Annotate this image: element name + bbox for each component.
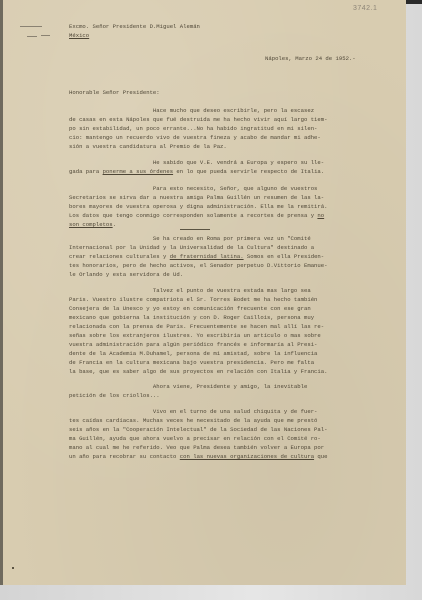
- archive-number: 3742.1: [353, 5, 377, 12]
- text-line: Consejera de la Unesco y yo estoy en com…: [69, 305, 311, 312]
- underlined-phrase: son completos: [69, 221, 113, 228]
- text-fragment: un año para recobrar su contacto: [69, 453, 180, 460]
- text-line: le Orlando y esta servidora de Ud.: [69, 271, 183, 278]
- text-line: relacionada con la prensa de Paris. Frec…: [69, 323, 324, 330]
- text-line: ma Guillén, ayuda que ahora vuelvo a pre…: [69, 435, 321, 442]
- paper-speck: [12, 567, 14, 569]
- text-line: señas sobre los extranjeros ilustres. Yo…: [69, 332, 321, 339]
- paragraph-1: Hace mucho que deseo escribirle, pero la…: [69, 106, 327, 151]
- margin-mark: [41, 35, 50, 36]
- addressee-block: Excmo. Señor Presidente D.Miguel Alemán …: [69, 22, 200, 40]
- paragraph-3: Para esto necesito, Señor, que alguno de…: [69, 184, 327, 229]
- text-line: de casas en esta Nápoles que fué destrui…: [69, 116, 327, 123]
- text-line: de Francia en la cultura mexicana bajo v…: [69, 359, 314, 366]
- paragraph-4: Se ha creado en Roma por primera vez un …: [69, 234, 327, 279]
- addressee-country: México: [69, 32, 89, 39]
- date-line: Nápoles, Marzo 24 de 1952.-: [265, 54, 356, 63]
- text-fragment: que: [314, 453, 327, 460]
- text-line: Se ha creado en Roma por primera vez un …: [69, 235, 311, 242]
- text-line: Secretarios se sirva dar a nuestra amiga…: [69, 194, 324, 201]
- text-line: petición de los criollos...: [69, 392, 160, 399]
- text-line: seis años en la "Cooperación Intelectual…: [69, 426, 327, 433]
- text-line: Vivo en el turno de una salud chiquita y…: [69, 408, 317, 415]
- text-line: bores mayores de vuestra operosa y digna…: [69, 203, 327, 210]
- text-line: Paris. Vuestro ilustre compatriota el Sr…: [69, 296, 317, 303]
- paragraph-2: He sabido que V.E. vendrá a Europa y esp…: [69, 158, 324, 176]
- underlined-phrase: con las nuevas organizaciones de cultura: [180, 453, 314, 460]
- text-line: la base, que es saber algo de sus proyec…: [69, 368, 327, 375]
- text-line: cio: mantengo un recuerdo vivo de vuestr…: [69, 134, 321, 141]
- letter-page: 3742.1 Excmo. Señor Presidente D.Miguel …: [0, 0, 406, 585]
- paragraph-6: Ahora viene, Presidente y amigo, la inev…: [69, 382, 307, 400]
- text-line: po sin estabilidad, un poco errante...No…: [69, 125, 317, 132]
- text-line: mexicano que gobierna la institución y c…: [69, 314, 314, 321]
- text-line: Hace mucho que deseo escribirle, pero la…: [69, 107, 314, 114]
- text-line: Los datos que tengo conmigo corresponden…: [69, 212, 317, 219]
- paragraph-7: Vivo en el turno de una salud chiquita y…: [69, 407, 328, 461]
- text-fragment: Somos en ella Presiden-: [244, 253, 325, 260]
- text-fragment: crear relaciones culturales y: [69, 253, 170, 260]
- text-fragment: gada para: [69, 168, 103, 175]
- salutation: Honorable Señor Presidente:: [69, 88, 160, 97]
- margin-mark: [20, 26, 42, 27]
- text-fragment: .: [113, 221, 116, 228]
- underlined-phrase: ponerme a sus órdenes: [103, 168, 174, 175]
- underlined-phrase: de fraternidad latina.: [170, 253, 244, 260]
- text-line: Talvez el punto de vuestra estada mas la…: [69, 287, 311, 294]
- text-line: Para esto necesito, Señor, que alguno de…: [69, 185, 317, 192]
- text-line: vuestra administración para algún periód…: [69, 341, 317, 348]
- text-line: sión a vuestra candidatura al Premio de …: [69, 143, 227, 150]
- margin-mark: [27, 36, 37, 37]
- text-line: tes caídas cardíacas. Muchas veces he ne…: [69, 417, 317, 424]
- text-fragment: en lo que pueda servirle respecto de Ita…: [173, 168, 324, 175]
- paragraph-5: Talvez el punto de vuestra estada mas la…: [69, 286, 327, 376]
- page-binding-edge: [0, 0, 3, 585]
- text-line: dente de la Academia M.Duhamel, persona …: [69, 350, 317, 357]
- text-line: tes honorarios, pero de hecho activos, e…: [69, 262, 327, 269]
- section-divider: [180, 229, 210, 230]
- addressee-name: Excmo. Señor Presidente D.Miguel Alemán: [69, 23, 200, 30]
- underlined-phrase: no: [317, 212, 324, 219]
- text-line: He sabido que V.E. vendrá a Europa y esp…: [69, 159, 324, 166]
- text-line: mano al cual me he referido. Veo que Pal…: [69, 444, 324, 451]
- text-line: Ahora viene, Presidente y amigo, la inev…: [69, 383, 307, 390]
- text-line: Internacional por la Unidad y la Univers…: [69, 244, 314, 251]
